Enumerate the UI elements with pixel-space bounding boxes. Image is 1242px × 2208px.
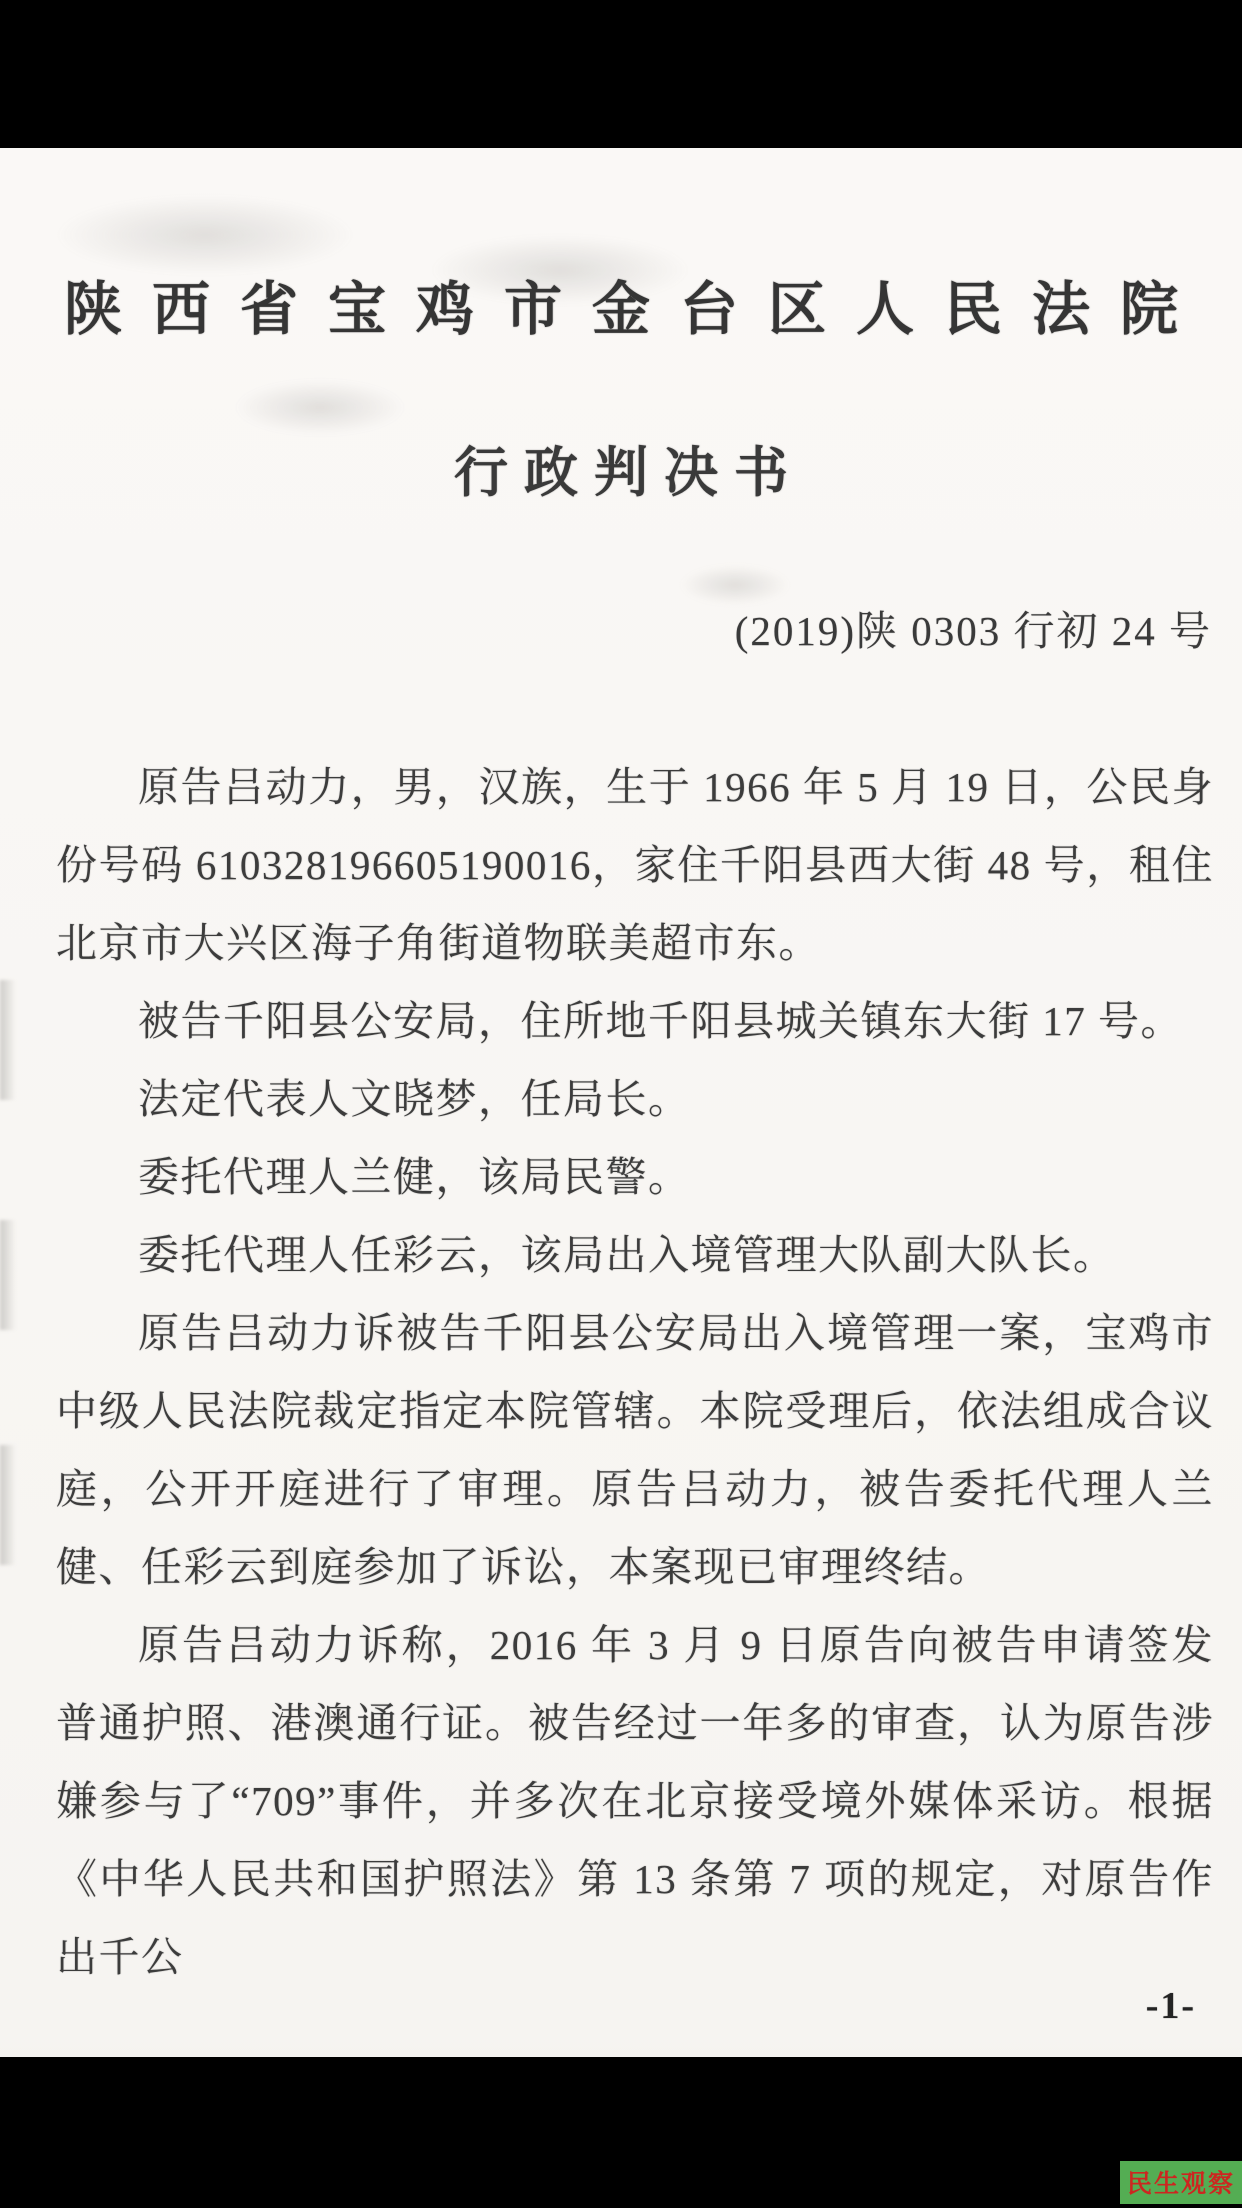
watermark-badge: 民生观察 bbox=[1120, 2161, 1242, 2204]
top-black-band bbox=[0, 0, 1242, 148]
scan-edge-streak bbox=[0, 1220, 16, 1330]
case-number: (2019)陕 0303 行初 24 号 bbox=[735, 598, 1212, 657]
scan-edge-streak bbox=[0, 1445, 16, 1565]
paragraph-plaintiff-info: 原告吕动力，男，汉族，生于 1966 年 5 月 19 日，公民身份号码 610… bbox=[56, 748, 1214, 982]
scan-smudge bbox=[235, 380, 405, 435]
paragraph-legal-representative: 法定代表人文晓梦，任局长。 bbox=[56, 1060, 1214, 1138]
paragraph-defendant-info: 被告千阳县公安局，住所地千阳县城关镇东大街 17 号。 bbox=[56, 982, 1214, 1060]
bottom-black-band bbox=[0, 2057, 1242, 2208]
paragraph-plaintiff-claim: 原告吕动力诉称，2016 年 3 月 9 日原告向被告申请签发普通护照、港澳通行… bbox=[56, 1606, 1214, 1996]
judgment-body: 原告吕动力，男，汉族，生于 1966 年 5 月 19 日，公民身份号码 610… bbox=[56, 748, 1214, 1996]
page-number: -1- bbox=[1146, 1984, 1196, 2028]
scanned-court-judgment-page: 陕西省宝鸡市金台区人民法院 行政判决书 (2019)陕 0303 行初 24 号… bbox=[0, 0, 1242, 2208]
court-name-title: 陕西省宝鸡市金台区人民法院 bbox=[0, 262, 1242, 346]
scan-edge-streak bbox=[0, 980, 16, 1100]
paragraph-agent-lanjian: 委托代理人兰健，该局民警。 bbox=[56, 1138, 1214, 1216]
document-type-title: 行政判决书 bbox=[0, 430, 1242, 507]
paragraph-agent-rencaiyun: 委托代理人任彩云，该局出入境管理大队副大队长。 bbox=[56, 1216, 1214, 1294]
paragraph-case-procedure: 原告吕动力诉被告千阳县公安局出入境管理一案，宝鸡市中级人民法院裁定指定本院管辖。… bbox=[56, 1294, 1214, 1606]
